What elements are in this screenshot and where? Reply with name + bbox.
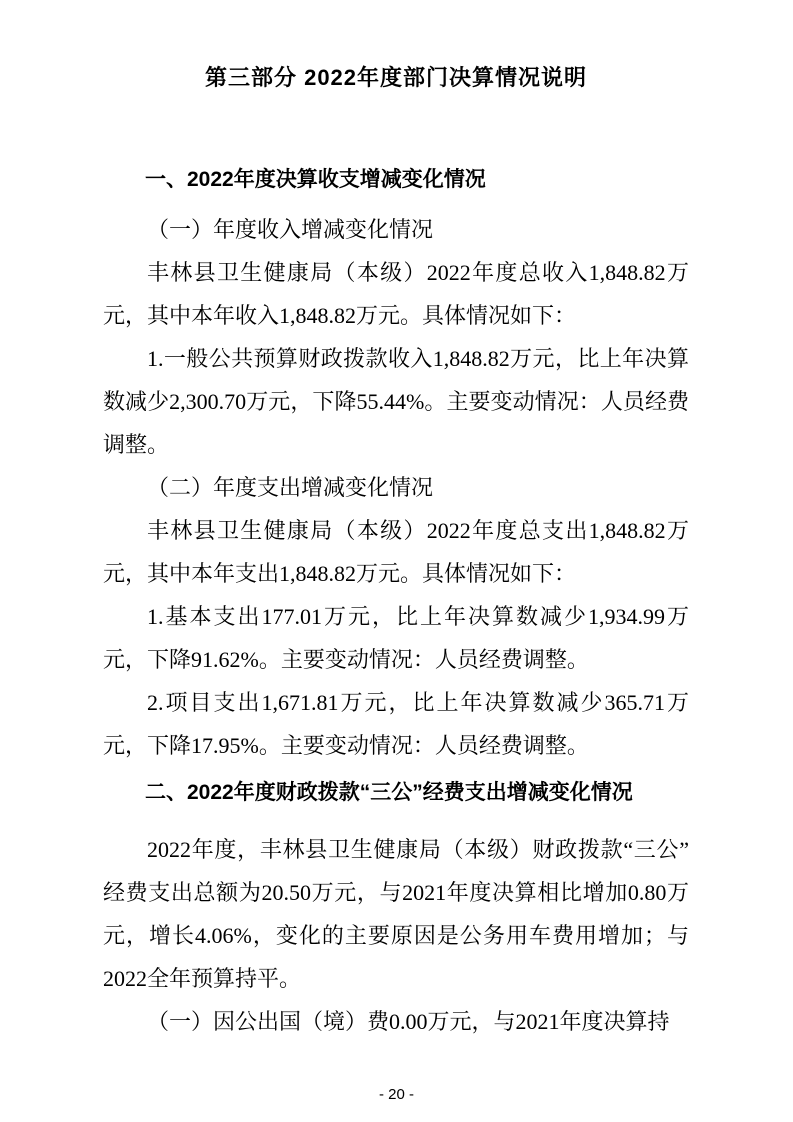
document-title: 第三部分 2022年度部门决算情况说明 (103, 62, 689, 94)
section-1-heading: 一、2022年度决算收支增减变化情况 (103, 164, 689, 196)
page-number: - 20 - (0, 1086, 793, 1103)
paragraph-expense-item-1: 1.基本支出177.01万元，比上年决算数减少1,934.99万元，下降91.6… (103, 595, 689, 681)
paragraph-income-item-1: 1.一般公共预算财政拨款收入1,848.82万元，比上年决算数减少2,300.7… (103, 337, 689, 466)
section-2-heading: 二、2022年度财政拨款“三公”经费支出增减变化情况 (103, 777, 689, 809)
paragraph-income-total: 丰林县卫生健康局（本级）2022年度总收入1,848.82万元，其中本年收入1,… (103, 251, 689, 337)
subsection-1-2-heading: （二）年度支出增减变化情况 (103, 466, 689, 509)
paragraph-expense-item-2: 2.项目支出1,671.81万元，比上年决算数减少365.71万元，下降17.9… (103, 681, 689, 767)
subsection-1-1-heading: （一）年度收入增减变化情况 (103, 208, 689, 251)
paragraph-expense-total: 丰林县卫生健康局（本级）2022年度总支出1,848.82万元，其中本年支出1,… (103, 509, 689, 595)
paragraph-abroad-expense: （一）因公出国（境）费0.00万元，与2021年度决算持 (103, 1000, 689, 1043)
document-page: 第三部分 2022年度部门决算情况说明 一、2022年度决算收支增减变化情况 （… (0, 0, 793, 1122)
paragraph-three-public-total: 2022年度，丰林县卫生健康局（本级）财政拨款“三公”经费支出总额为20.50万… (103, 828, 689, 1000)
